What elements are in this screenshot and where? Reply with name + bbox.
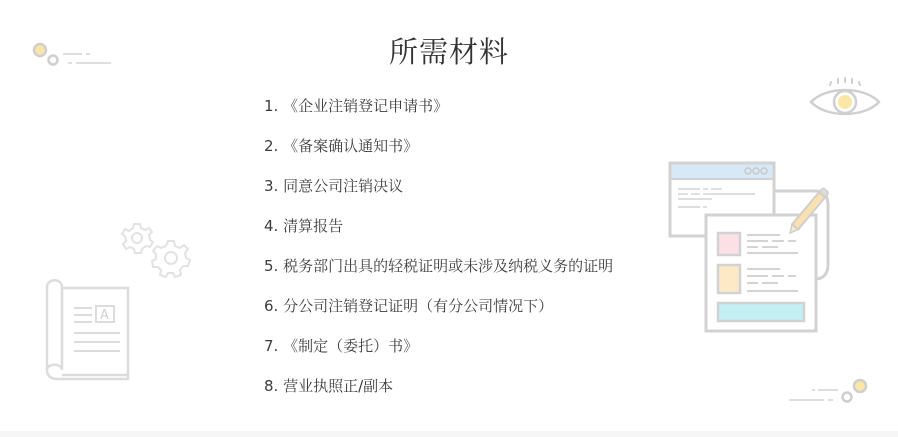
bottom-divider [0, 431, 898, 437]
list-item: 3. 同意公司注销决议 [264, 174, 613, 214]
materials-page: 所需材料 1. 《企业注销登记申请书》 2. 《备案确认通知书》 3. 同意公司… [0, 0, 898, 437]
dots-lines-icon [784, 374, 874, 406]
item-label: 营业执照正/副本 [283, 377, 393, 395]
gears-icon [115, 218, 195, 283]
item-label: 税务部门出具的轻税证明或未涉及纳税义务的证明 [283, 257, 613, 275]
item-number: 3. [264, 177, 278, 195]
svg-text:A: A [100, 308, 109, 323]
item-label: 《企业注销登记申请书》 [283, 97, 448, 115]
item-label: 同意公司注销决议 [283, 177, 403, 195]
item-number: 5. [264, 257, 278, 275]
list-item: 6. 分公司注销登记证明（有分公司情况下） [264, 294, 613, 334]
dots-lines-icon [28, 38, 118, 68]
item-label: 分公司注销登记证明（有分公司情况下） [283, 297, 553, 315]
page-title: 所需材料 [0, 32, 898, 72]
item-number: 4. [264, 217, 278, 235]
materials-list: 1. 《企业注销登记申请书》 2. 《备案确认通知书》 3. 同意公司注销决议 … [264, 94, 613, 414]
item-label: 清算报告 [283, 217, 343, 235]
list-item: 4. 清算报告 [264, 214, 613, 254]
eye-icon [808, 74, 882, 122]
list-item: 1. 《企业注销登记申请书》 [264, 94, 613, 134]
item-label: 《制定（委托）书》 [283, 337, 418, 355]
item-number: 8. [264, 377, 278, 395]
item-number: 7. [264, 337, 278, 355]
list-item: 2. 《备案确认通知书》 [264, 134, 613, 174]
item-number: 6. [264, 297, 278, 315]
open-book-icon: A [42, 275, 134, 385]
list-item: 8. 营业执照正/副本 [264, 374, 613, 414]
list-item: 5. 税务部门出具的轻税证明或未涉及纳税义务的证明 [264, 254, 613, 294]
list-item: 7. 《制定（委托）书》 [264, 334, 613, 374]
documents-pencil-icon [660, 155, 840, 335]
item-number: 1. [264, 97, 278, 115]
item-number: 2. [264, 137, 278, 155]
item-label: 《备案确认通知书》 [283, 137, 418, 155]
